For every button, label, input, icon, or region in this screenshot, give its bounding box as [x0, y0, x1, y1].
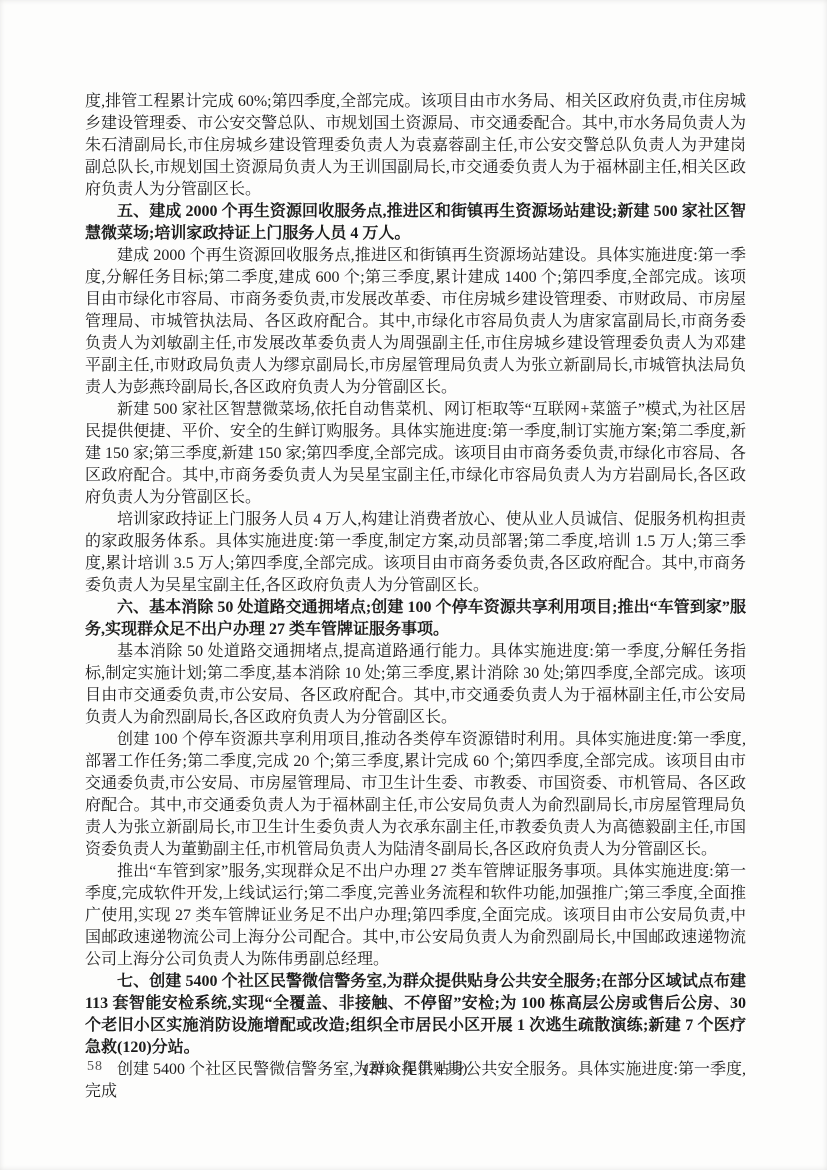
- paragraph-continuation: 度,排管工程累计完成 60%;第四季度,全部完成。该项目由市水务局、相关区政府负…: [85, 91, 746, 201]
- section-heading-item-6: 六、基本消除 50 处道路交通拥堵点;创建 100 个停车资源共享利用项目;推出…: [85, 597, 746, 641]
- paragraph-congestion-points: 基本消除 50 处道路交通拥堵点,提高道路通行能力。具体实施进度:第一季度,分解…: [85, 641, 746, 729]
- paragraph-vehicle-services: 推出“车管到家”服务,实现群众足不出户办理 27 类车管牌证服务事项。具体实施进…: [85, 861, 746, 971]
- document-body: 度,排管工程累计完成 60%;第四季度,全部完成。该项目由市水务局、相关区政府负…: [85, 91, 746, 1103]
- paragraph-parking-sharing: 创建 100 个停车资源共享利用项目,推动各类停车资源错时利用。具体实施进度:第…: [85, 729, 746, 861]
- document-page: 度,排管工程累计完成 60%;第四季度,全部完成。该项目由市水务局、相关区政府负…: [0, 0, 827, 1170]
- paragraph-smart-markets: 新建 500 家社区智慧微菜场,依托自动售菜机、网订柜取等“互联网+菜篮子”模式…: [85, 399, 746, 509]
- paragraph-housekeeping-training: 培训家政持证上门服务人员 4 万人,构建让消费者放心、使从业人员诚信、促服务机构…: [85, 509, 746, 597]
- page-footer: 58 (2018 年第 4 期): [85, 1057, 746, 1079]
- section-heading-item-7: 七、创建 5400 个社区民警微信警务室,为群众提供贴身公共安全服务;在部分区域…: [85, 971, 746, 1059]
- section-heading-item-5: 五、建成 2000 个再生资源回收服务点,推进区和街镇再生资源场站建设;新建 5…: [85, 201, 746, 245]
- paragraph-recycling-points: 建成 2000 个再生资源回收服务点,推进区和街镇再生资源场站建设。具体实施进度…: [85, 245, 746, 399]
- issue-label: (2018 年第 4 期): [85, 1057, 746, 1078]
